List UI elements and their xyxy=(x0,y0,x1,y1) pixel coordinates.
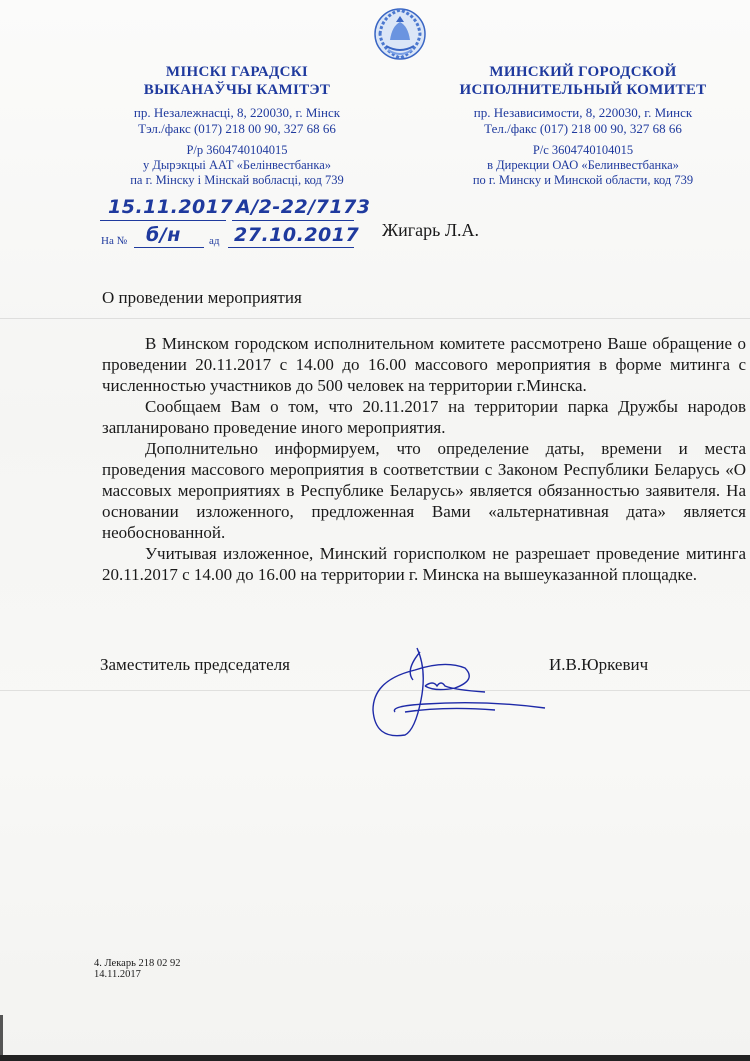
org-phone: Тэл./факс (017) 218 00 90, 327 68 66 xyxy=(92,121,382,137)
field-underline xyxy=(228,247,354,248)
field-underline xyxy=(232,220,354,221)
registration-number: А/2-22/7173 xyxy=(236,196,371,218)
ref-date: 27.10.2017 xyxy=(234,224,359,246)
registration-date: 15.11.2017 xyxy=(108,196,233,218)
org-name-line: ВЫКАНАЎЧЫ КАМІТЭТ xyxy=(92,81,382,99)
body-paragraph: Дополнительно информируем, что определен… xyxy=(102,438,746,543)
org-bank: па г. Мінску і Мінскай вобласці, код 739 xyxy=(92,173,382,188)
org-bank: по г. Минску и Минской области, код 739 xyxy=(428,173,738,188)
body-paragraph: Сообщаем Вам о том, что 20.11.2017 на те… xyxy=(102,396,746,438)
org-phone: Тел./факс (017) 218 00 90, 327 68 66 xyxy=(428,121,738,137)
org-address: пр. Незалежнасці, 8, 220030, г. Мінск xyxy=(92,105,382,121)
signatory-name: И.В.Юркевич xyxy=(549,655,648,675)
scan-edge xyxy=(0,1055,750,1061)
org-name-line: ИСПОЛНИТЕЛЬНЫЙ КОМИТЕТ xyxy=(428,81,738,99)
letterhead-russian: МИНСКИЙ ГОРОДСКОЙ ИСПОЛНИТЕЛЬНЫЙ КОМИТЕТ… xyxy=(428,63,738,188)
body-paragraph: Учитывая изложенное, Минский горисполком… xyxy=(102,543,746,585)
executor-date: 14.11.2017 xyxy=(94,969,180,980)
ref-date-label: ад xyxy=(209,235,219,247)
org-bank: в Дирекции ОАО «Белинвестбанка» xyxy=(428,158,738,173)
body-paragraph: В Минском городском исполнительном комит… xyxy=(102,333,746,396)
letterhead-belarusian: МІНСКІ ГАРАДСКІ ВЫКАНАЎЧЫ КАМІТЭТ пр. Не… xyxy=(92,63,382,188)
signatory-title: Заместитель председателя xyxy=(100,655,290,675)
addressee: Жигарь Л.А. xyxy=(382,220,479,241)
field-underline xyxy=(134,247,204,248)
paper-fold-line xyxy=(0,318,750,319)
ref-number: б/н xyxy=(146,224,181,246)
executor-name-phone: 4. Лекарь 218 02 92 xyxy=(94,958,180,969)
org-account: Р/р 3604740104015 xyxy=(92,143,382,158)
document-page: МІНСКІ ГАРАДСКІ ВЫКАНАЎЧЫ КАМІТЭТ пр. Не… xyxy=(0,0,750,1061)
field-underline xyxy=(100,220,226,221)
org-name-line: МІНСКІ ГАРАДСКІ xyxy=(92,63,382,81)
org-account: Р/с 3604740104015 xyxy=(428,143,738,158)
org-name-line: МИНСКИЙ ГОРОДСКОЙ xyxy=(428,63,738,81)
executor-footer: 4. Лекарь 218 02 92 14.11.2017 xyxy=(94,958,180,980)
org-address: пр. Независимости, 8, 220030, г. Минск xyxy=(428,105,738,121)
letter-body: В Минском городском исполнительном комит… xyxy=(102,333,746,585)
handwritten-signature xyxy=(365,640,555,750)
ref-number-label: На № xyxy=(101,235,127,247)
coat-of-arms-icon xyxy=(372,4,428,62)
org-bank: у Дырэкцыі ААТ «Белінвестбанка» xyxy=(92,158,382,173)
letter-subject: О проведении мероприятия xyxy=(102,288,302,308)
